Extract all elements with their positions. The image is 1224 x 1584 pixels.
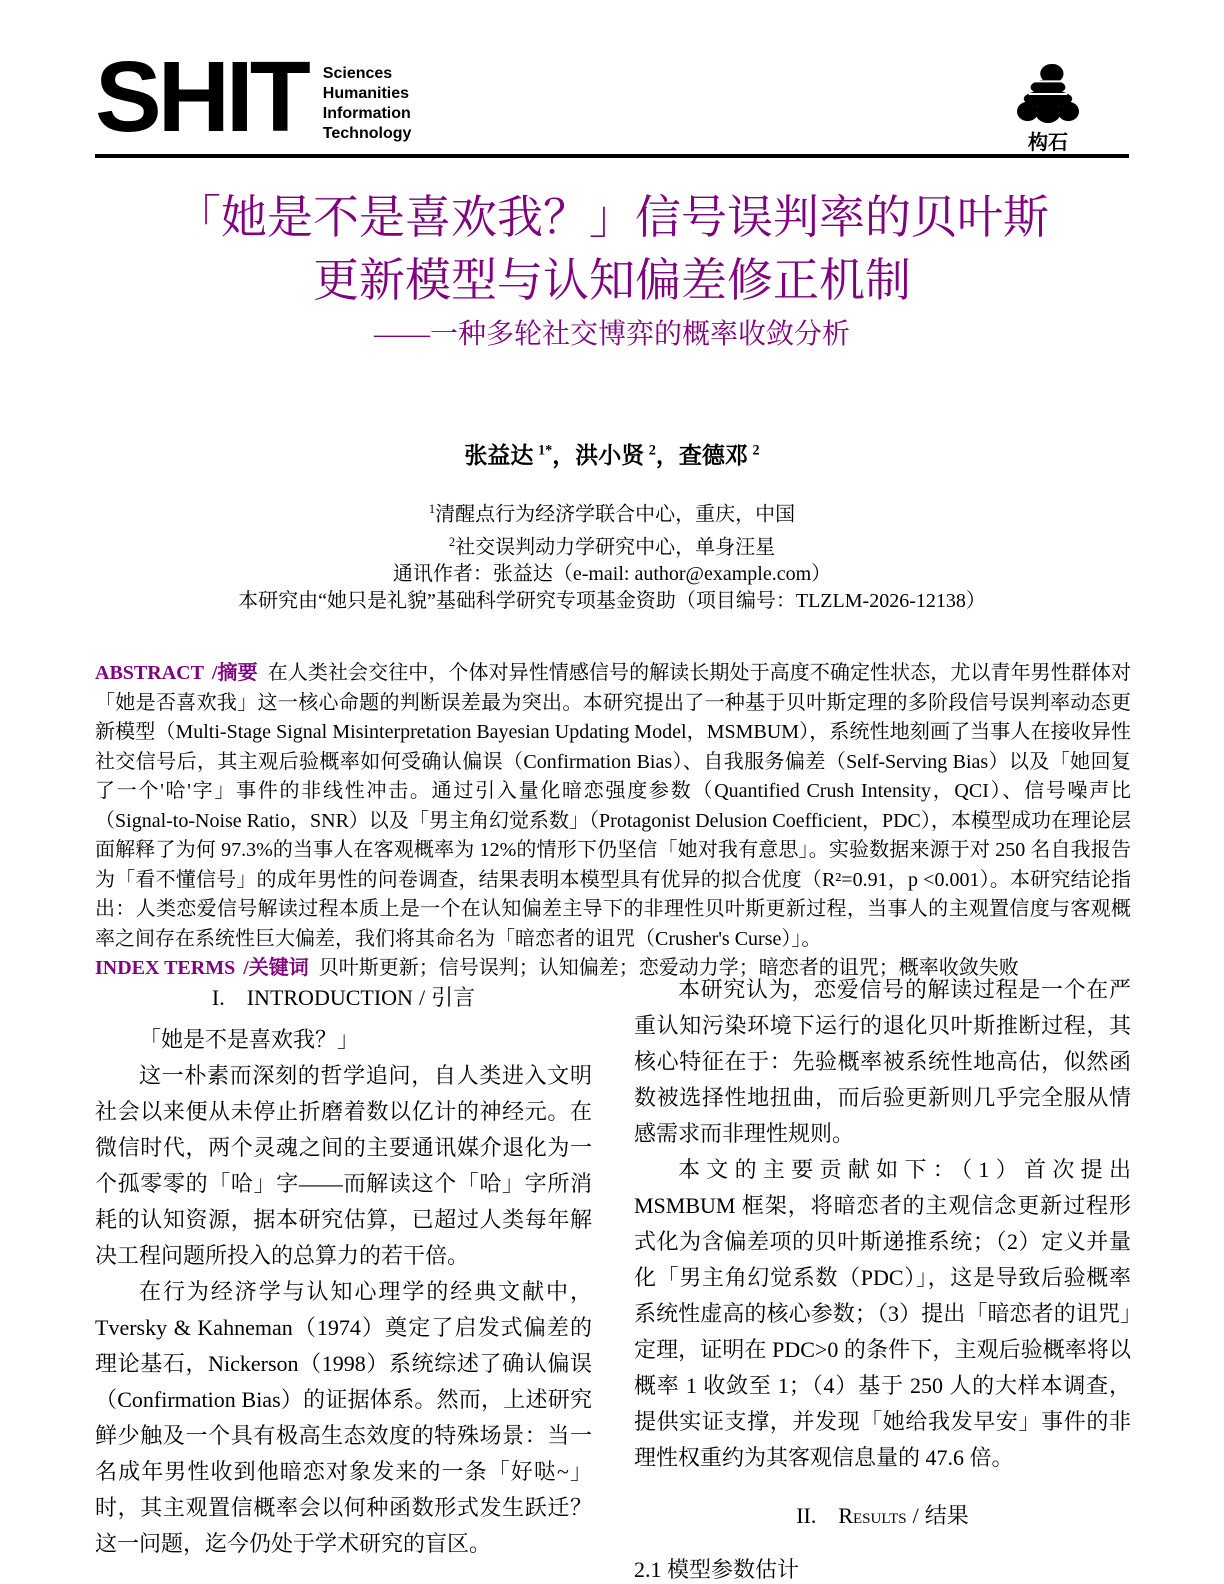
results-heading-zh: 结果 [925, 1503, 969, 1528]
body-paragraph-4: 本研究认为，恋爱信号的解读过程是一个在严重认知污染环境下运行的退化贝叶斯推断过程… [634, 972, 1131, 1152]
results-heading: II. Results/结果 [634, 1498, 1131, 1534]
author-line: 张益达 1*，洪小贤 2，查德邓 2 [0, 437, 1224, 470]
publisher-name: 构石 [1013, 126, 1083, 155]
title-block: 「她是不是喜欢我？」信号误判率的贝叶斯 更新模型与认知偏差修正机制 ——一种多轮… [60, 186, 1164, 353]
logo-word-humanities: Humanities [323, 84, 412, 104]
abstract-block: ABSTRACT/摘要在人类社会交往中，个体对异性情感信号的解读长期处于高度不确… [95, 659, 1131, 984]
intro-heading-separator: / [419, 985, 425, 1010]
author-separator: ， [552, 443, 575, 468]
intro-heading-zh: 引言 [431, 985, 475, 1010]
body-columns: I. INTRODUCTION/引言 「她是不是喜欢我？」 这一朴素而深刻的哲学… [95, 972, 1131, 1584]
logo-word-information: Information [323, 104, 412, 124]
intro-heading-number: I. [212, 985, 225, 1010]
results-heading-en: Results [838, 1503, 906, 1528]
affiliation-2: 2社交误判动力学研究中心，单身汪星 [0, 529, 1224, 562]
intro-paragraph-2: 这一朴素而深刻的哲学追问，自人类进入文明社会以来便从未停止折磨着数以亿计的神经元… [95, 1058, 592, 1274]
author-2: 洪小贤 2 [575, 443, 656, 468]
logo-word-technology: Technology [323, 124, 412, 144]
logo-word-sciences: Sciences [323, 64, 412, 84]
funding-line: 本研究由“她只是礼貌”基础科学研究专项基金资助（项目编号：TLZLM-2026-… [0, 588, 1224, 615]
paper-subtitle: ——一种多轮社交博弈的概率收敛分析 [60, 317, 1164, 353]
results-heading-separator: / [913, 1503, 919, 1528]
journal-logo-text: SHIT [95, 56, 307, 138]
affiliations-block: 1清醒点行为经济学联合中心，重庆，中国 2社交误判动力学研究中心，单身汪星 通讯… [0, 496, 1224, 615]
author-3: 查德邓 2 [679, 443, 760, 468]
paper-title-line1: 「她是不是喜欢我？」信号误判率的贝叶斯 [60, 186, 1164, 249]
intro-heading-en: INTRODUCTION [247, 985, 413, 1010]
affiliation-1: 1清醒点行为经济学联合中心，重庆，中国 [0, 496, 1224, 529]
results-heading-number: II. [796, 1503, 816, 1528]
abstract-label-zh: /摘要 [212, 662, 258, 684]
right-column: 本研究认为，恋爱信号的解读过程是一个在严重认知污染环境下运行的退化贝叶斯推断过程… [634, 972, 1131, 1584]
intro-heading: I. INTRODUCTION/引言 [95, 980, 592, 1016]
body-paragraph-5: 本文的主要贡献如下：（1）首次提出 MSMBUM 框架，将暗恋者的主观信念更新过… [634, 1152, 1131, 1476]
intro-paragraph-1: 「她是不是喜欢我？」 [95, 1022, 592, 1058]
left-column: I. INTRODUCTION/引言 「她是不是喜欢我？」 这一朴素而深刻的哲学… [95, 972, 592, 1584]
journal-logo-block: SHIT Sciences Humanities Information Tec… [95, 56, 1129, 144]
intro-paragraph-3: 在行为经济学与认知心理学的经典文献中，Tversky & Kahneman（19… [95, 1274, 592, 1562]
author-1: 张益达 1* [464, 443, 552, 468]
results-subsection-2-1: 2.1 模型参数估计 [634, 1552, 1131, 1584]
abstract-label-en: ABSTRACT [95, 662, 204, 684]
abstract-text: 在人类社会交往中，个体对异性情感信号的解读长期处于高度不确定性状态，尤以青年男性… [95, 662, 1131, 950]
paper-title-line2: 更新模型与认知偏差修正机制 [60, 249, 1164, 312]
journal-masthead: SHIT Sciences Humanities Information Tec… [95, 56, 1129, 148]
paper-page: SHIT Sciences Humanities Information Tec… [0, 0, 1224, 1584]
publisher-logo-block: 构石 [1013, 60, 1083, 155]
header-divider [95, 154, 1129, 158]
abstract-paragraph: ABSTRACT/摘要在人类社会交往中，个体对异性情感信号的解读长期处于高度不确… [95, 659, 1131, 954]
author-separator: ， [656, 443, 679, 468]
rock-pile-icon [1013, 60, 1083, 126]
journal-logo-words: Sciences Humanities Information Technolo… [323, 64, 412, 144]
corresponding-author-line: 通讯作者：张益达（e-mail: author@example.com） [0, 561, 1224, 588]
